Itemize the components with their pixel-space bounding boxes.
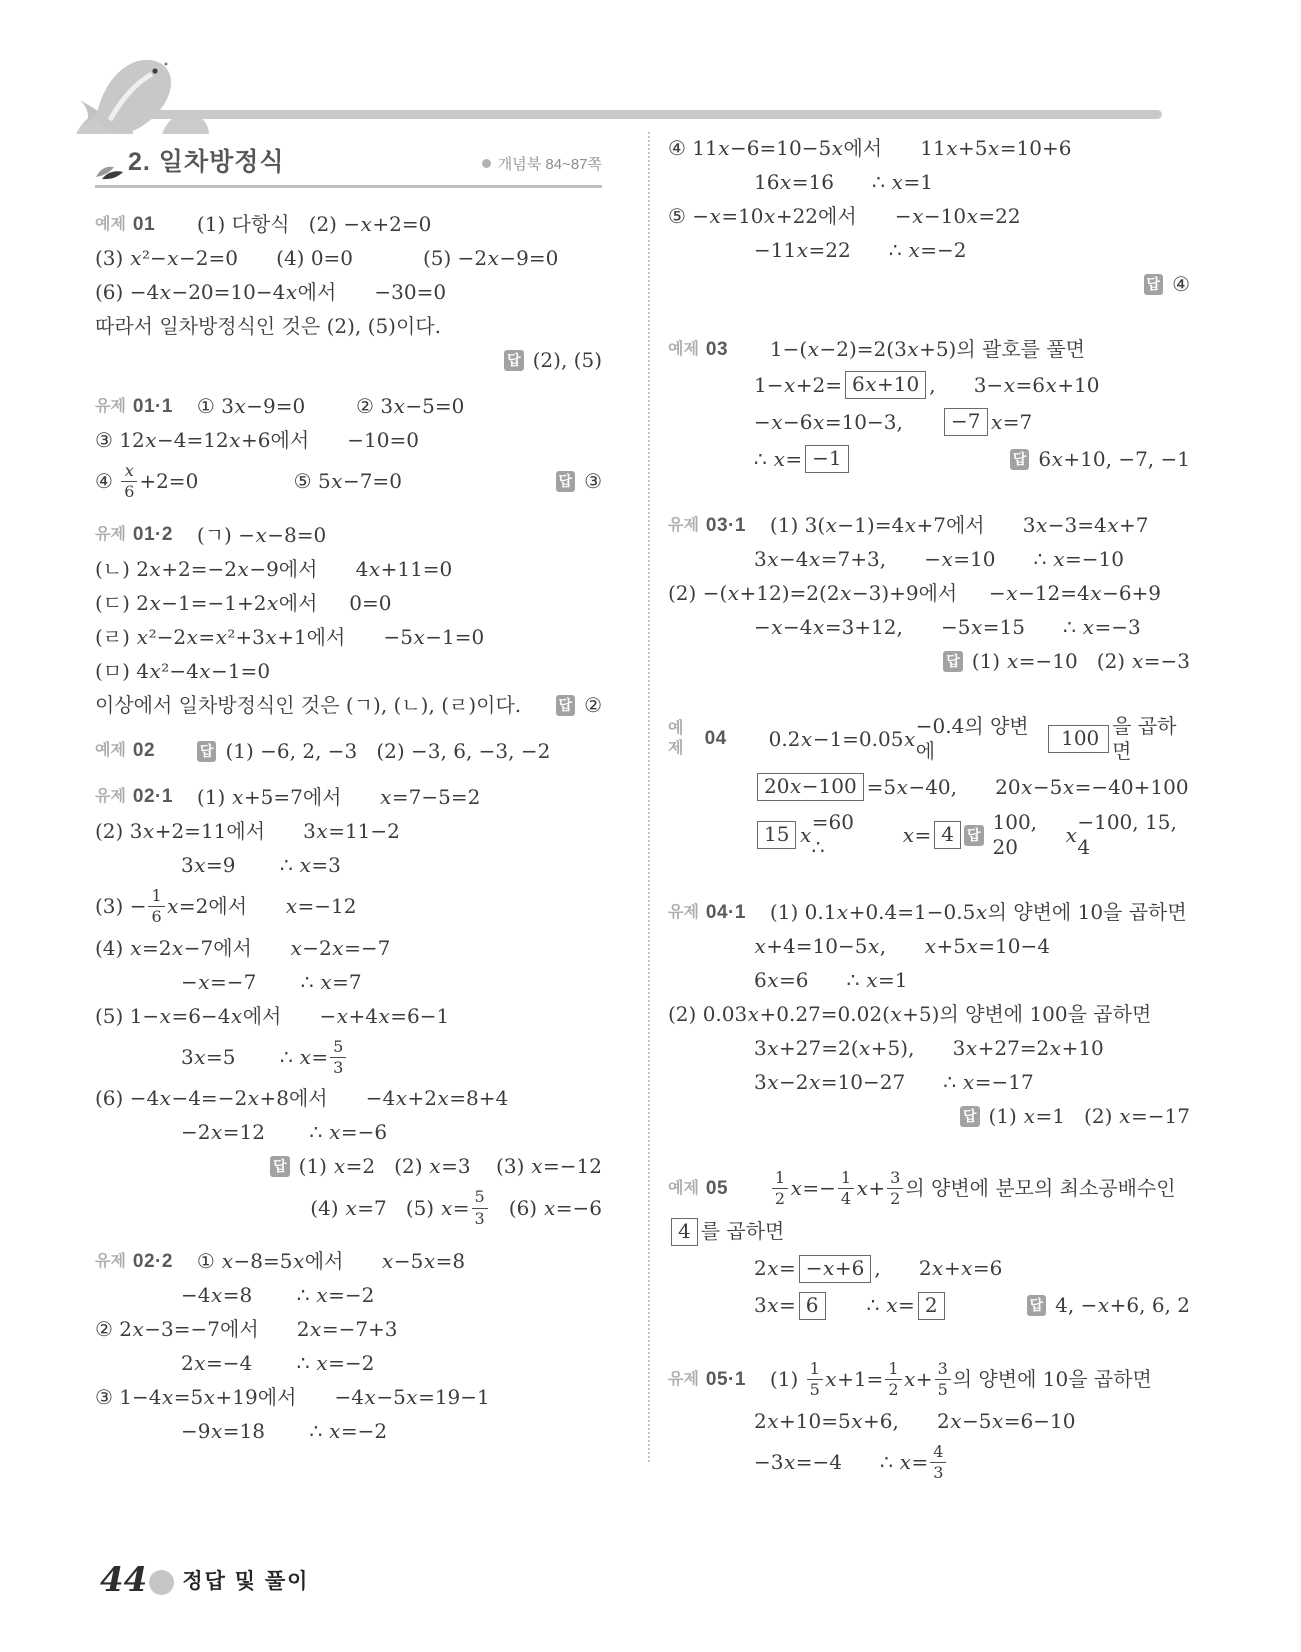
equation-text: 이상에서 일차방정식인 것은 (ㄱ), (ㄴ), (ㄹ)이다.: [95, 693, 521, 718]
solution-line: 2x=−4 ∴ x=−2: [95, 1351, 602, 1376]
equation-text: 6x=6 ∴ x=1: [754, 968, 908, 993]
solution-line: 3x=6 ∴ x=2답4, −x+6, 6, 2: [668, 1292, 1190, 1320]
equation-text: 2x+10=5x+6, 2x−5x=6−10: [754, 1409, 1075, 1434]
block-label: 예제: [668, 1179, 699, 1199]
answer-text: (4) x=7 (5) x=53 (6) x=−6: [310, 1188, 602, 1228]
solution-line: −x=−7 ∴ x=7: [95, 970, 602, 995]
answer-text: 답③: [556, 469, 602, 494]
equation-text: (2) 0.03x+0.27=0.02(x+5)의 양변에 100을 곱하면: [668, 1002, 1151, 1027]
boxed-value: −x+6: [799, 1255, 872, 1283]
answer-badge-icon: 답: [270, 1156, 290, 1177]
answer-text: 답④: [1144, 272, 1190, 297]
equation-text: 12x=−14x+32의 양변에 분모의 최소공배수인: [770, 1169, 1176, 1209]
fraction: 12: [772, 1169, 788, 1209]
fraction: 32: [887, 1169, 903, 1209]
solution-line: (3) −16x=2에서 x=−12: [95, 887, 602, 927]
solution-block: 유제02·2① x−8=5x에서 x−5x=8−4x=8 ∴ x=−2② 2x−…: [95, 1249, 602, 1444]
equation-text: (1) 0.1x+0.4=1−0.5x의 양변에 10을 곱하면: [770, 900, 1187, 925]
fraction: 53: [330, 1038, 346, 1078]
equation-text: (3) x²−x−2=0 (4) 0=0 (5) −2x−9=0: [95, 246, 558, 271]
solution-line: 유제05·1(1) 15x+1=12x+35의 양변에 10을 곱하면: [668, 1360, 1190, 1400]
fraction: x6: [121, 462, 137, 502]
fraction: 53: [472, 1188, 488, 1228]
answer-text: 답(2), (5): [504, 348, 602, 373]
equation-text: 16x=16 ∴ x=1: [754, 170, 933, 195]
equation-text: ③ 1−4x=5x+19에서 −4x−5x=19−1: [95, 1385, 490, 1410]
boxed-value: 15: [757, 821, 796, 849]
solution-line: 답(1) x=−10 (2) x=−3: [668, 649, 1190, 674]
solution-line: (3) x²−x−2=0 (4) 0=0 (5) −2x−9=0: [95, 246, 602, 271]
block-number: 01·2: [133, 523, 177, 547]
solution-line: ⑤ −x=10x+22에서 −x−10x=22: [668, 204, 1190, 229]
equation-text: ① 3x−9=0 ② 3x−5=0: [197, 394, 464, 419]
solution-line: 예제040.2x−1=0.05x−0.4의 양변에 100 을 곱하면: [668, 714, 1190, 764]
equation-text: 3x=5 ∴ x=53: [181, 1038, 348, 1078]
solution-line: 유제02·2① x−8=5x에서 x−5x=8: [95, 1249, 602, 1274]
block-label: 유제: [95, 397, 126, 417]
equation-text: 답(1) −6, 2, −3 (2) −3, 6, −3, −2: [197, 739, 550, 764]
solution-line: 2x+10=5x+6, 2x−5x=6−10: [668, 1409, 1190, 1434]
solution-line: 2x=−x+6, 2x+x=6: [668, 1255, 1190, 1283]
answer-badge-icon: 답: [943, 651, 963, 672]
fraction: 43: [930, 1443, 946, 1483]
equation-text: ⑤ −x=10x+22에서 −x−10x=22: [668, 204, 1021, 229]
answer-badge-icon: 답: [556, 695, 576, 716]
solution-line: −2x=12 ∴ x=−6: [95, 1120, 602, 1145]
block-label: 유제: [668, 516, 699, 536]
footer-flower-decoration: [149, 1570, 174, 1595]
equation-text: 3x+27=2(x+5), 3x+27=2x+10: [754, 1036, 1104, 1061]
equation-text: 3x−4x=7+3, −x=10 ∴ x=−10: [754, 547, 1124, 572]
fraction: 14: [838, 1169, 854, 1209]
solution-block: 유제02·1(1) x+5=7에서 x=7−5=2(2) 3x+2=11에서 3…: [95, 785, 602, 1228]
solution-line: x+4=10−5x, x+5x=10−4: [668, 934, 1190, 959]
solution-line: −11x=22 ∴ x=−2: [668, 238, 1190, 263]
solution-line: (ㄴ) 2x+2=−2x−9에서 4x+11=0: [95, 557, 602, 582]
solution-line: 1−x+2=6x+10, 3−x=6x+10: [668, 371, 1190, 399]
block-label: 유제: [95, 1252, 126, 1272]
equation-text: (ㄱ) −x−8=0: [197, 523, 326, 548]
answer-badge-icon: 답: [504, 350, 524, 371]
equation-text: −x−4x=3+12, −5x=15 ∴ x=−3: [754, 615, 1141, 640]
block-number: 04: [705, 727, 749, 751]
equation-text: 20x−100=5x−40, 20x−5x=−40+100: [754, 773, 1189, 801]
top-rule: [142, 110, 1162, 119]
boxed-value: 2: [918, 1292, 945, 1320]
boxed-value: −7: [944, 408, 987, 436]
equation-text: 따라서 일차방정식인 것은 (2), (5)이다.: [95, 314, 441, 339]
solution-line: 유제01·1① 3x−9=0 ② 3x−5=0: [95, 394, 602, 419]
right-column: ④ 11x−6=10−5x에서 11x+5x=10+616x=16 ∴ x=1⑤…: [668, 136, 1190, 1522]
solution-line: (6) −4x−20=10−4x에서 −30=0: [95, 280, 602, 305]
solution-line: 유제03·1(1) 3(x−1)=4x+7에서 3x−3=4x+7: [668, 513, 1190, 538]
left-column: 2. 일차방정식 개념북 84~87쪽 예제01(1) 다항식 (2) −x+2…: [95, 142, 602, 1465]
block-number: 05: [706, 1177, 750, 1201]
answer-badge-icon: 답: [960, 1106, 980, 1127]
answer-text: 답100, 20x−100, 15, 4: [964, 810, 1190, 860]
equation-text: (4) x=2x−7에서 x−2x=−7: [95, 936, 390, 961]
page: 2. 일차방정식 개념북 84~87쪽 예제01(1) 다항식 (2) −x+2…: [0, 0, 1301, 1652]
block-label: 유제: [668, 1370, 699, 1390]
solution-line: (2) 0.03x+0.27=0.02(x+5)의 양변에 100을 곱하면: [668, 1002, 1190, 1027]
equation-text: 4를 곱하면: [668, 1218, 784, 1246]
solution-line: 예제01(1) 다항식 (2) −x+2=0: [95, 212, 602, 237]
solution-line: 20x−100=5x−40, 20x−5x=−40+100: [668, 773, 1190, 801]
answer-badge-icon: 답: [197, 741, 217, 762]
solution-line: −x−6x=10−3, −7x=7: [668, 408, 1190, 436]
equation-text: 1−(x−2)=2(3x+5)의 괄호를 풀면: [770, 337, 1085, 362]
solution-line: 이상에서 일차방정식인 것은 (ㄱ), (ㄴ), (ㄹ)이다.답②: [95, 693, 602, 718]
column-divider: [648, 132, 650, 1462]
equation-text: (ㄷ) 2x−1=−1+2x에서 0=0: [95, 591, 391, 616]
solution-line: 3x+27=2(x+5), 3x+27=2x+10: [668, 1036, 1190, 1061]
equation-text: ④ x6+2=0 ⑤ 5x−7=0: [95, 462, 402, 502]
answer-badge-icon: 답: [556, 471, 576, 492]
answer-badge-icon: 답: [964, 825, 984, 846]
answer-badge-icon: 답: [1144, 274, 1164, 295]
block-label: 유제: [95, 787, 126, 807]
equation-text: (ㄹ) x²−2x=x²+3x+1에서 −5x−1=0: [95, 625, 484, 650]
equation-text: ∴ x=−1: [754, 445, 852, 473]
fraction: 12: [885, 1360, 901, 1400]
solution-line: 예제02답(1) −6, 2, −3 (2) −3, 6, −3, −2: [95, 739, 602, 764]
boxed-value: −1: [805, 445, 848, 473]
answer-badge-icon: 답: [1010, 449, 1030, 470]
answer-text: 답4, −x+6, 6, 2: [1027, 1293, 1190, 1318]
block-number: 01: [133, 213, 177, 237]
solution-block-continued: ④ 11x−6=10−5x에서 11x+5x=10+616x=16 ∴ x=1⑤…: [668, 136, 1190, 297]
leaf-icon: [95, 158, 125, 180]
answer-text: 답(1) x=2 (2) x=3 (3) x=−12: [270, 1154, 602, 1179]
block-number: 03·1: [706, 514, 750, 538]
solution-line: −x−4x=3+12, −5x=15 ∴ x=−3: [668, 615, 1190, 640]
boxed-value: 4: [671, 1218, 698, 1246]
solution-line: 예제031−(x−2)=2(3x+5)의 괄호를 풀면: [668, 337, 1190, 362]
equation-text: (2) 3x+2=11에서 3x=11−2: [95, 819, 400, 844]
block-number: 02·2: [133, 1250, 177, 1274]
equation-text: −11x=22 ∴ x=−2: [754, 238, 966, 263]
solution-line: 유제02·1(1) x+5=7에서 x=7−5=2: [95, 785, 602, 810]
boxed-value: 4: [934, 821, 961, 849]
left-column-blocks: 예제01(1) 다항식 (2) −x+2=0(3) x²−x−2=0 (4) 0…: [95, 212, 602, 1444]
section-title: 2. 일차방정식: [128, 142, 285, 178]
block-label: 예제: [95, 215, 126, 235]
solution-line: (ㅁ) 4x²−4x−1=0: [95, 659, 602, 684]
block-label: 예제: [95, 741, 126, 761]
answer-text: 답②: [556, 693, 602, 718]
solution-line: ③ 12x−4=12x+6에서 −10=0: [95, 428, 602, 453]
equation-text: −9x=18 ∴ x=−2: [181, 1419, 387, 1444]
solution-line: −9x=18 ∴ x=−2: [95, 1419, 602, 1444]
equation-text: ③ 12x−4=12x+6에서 −10=0: [95, 428, 419, 453]
solution-line: ∴ x=−1답6x+10, −7, −1: [668, 445, 1190, 473]
block-number: 02: [133, 739, 177, 763]
equation-text: (1) x+5=7에서 x=7−5=2: [197, 785, 480, 810]
fraction: 16: [148, 887, 164, 927]
block-label: 예제: [668, 340, 699, 360]
solution-line: (4) x=7 (5) x=53 (6) x=−6: [95, 1188, 602, 1228]
equation-text: (5) 1−x=6−4x에서 −x+4x=6−1: [95, 1004, 449, 1029]
page-footer: 44 정답 및 풀이: [100, 1560, 309, 1600]
solution-block: 예제040.2x−1=0.05x−0.4의 양변에 100 을 곱하면20x−1…: [668, 714, 1190, 860]
equation-text: 0.2x−1=0.05x−0.4의 양변에 100 을 곱하면: [769, 714, 1190, 764]
solution-block: 유제05·1(1) 15x+1=12x+35의 양변에 10을 곱하면2x+10…: [668, 1360, 1190, 1483]
equation-text: −3x=−4 ∴ x=43: [754, 1443, 948, 1483]
solution-line: (2) 3x+2=11에서 3x=11−2: [95, 819, 602, 844]
solution-line: ④ x6+2=0 ⑤ 5x−7=0답③: [95, 462, 602, 502]
solution-line: 답(2), (5): [95, 348, 602, 373]
equation-text: −x−6x=10−3, −7x=7: [754, 408, 1032, 436]
page-number: 44: [100, 1560, 147, 1600]
solution-block: 유제04·1(1) 0.1x+0.4=1−0.5x의 양변에 10을 곱하면x+…: [668, 900, 1190, 1129]
solution-line: 따라서 일차방정식인 것은 (2), (5)이다.: [95, 314, 602, 339]
solution-line: ④ 11x−6=10−5x에서 11x+5x=10+6: [668, 136, 1190, 161]
block-label: 유제: [668, 903, 699, 923]
solution-line: 답(1) x=2 (2) x=3 (3) x=−12: [95, 1154, 602, 1179]
boxed-value: 20x−100: [757, 773, 864, 801]
boxed-value: 6x+10: [845, 371, 926, 399]
equation-text: 3x=6 ∴ x=2: [754, 1292, 948, 1320]
solution-line: −3x=−4 ∴ x=43: [668, 1443, 1190, 1483]
section-header: 2. 일차방정식 개념북 84~87쪽: [95, 142, 602, 188]
block-number: 05·1: [706, 1368, 750, 1392]
fraction: 35: [935, 1360, 951, 1400]
solution-block: 유제01·2(ㄱ) −x−8=0(ㄴ) 2x+2=−2x−9에서 4x+11=0…: [95, 523, 602, 718]
solution-block: 예제031−(x−2)=2(3x+5)의 괄호를 풀면1−x+2=6x+10, …: [668, 337, 1190, 473]
answer-badge-icon: 답: [1027, 1295, 1047, 1316]
footer-label: 정답 및 풀이: [182, 1565, 309, 1595]
block-number: 04·1: [706, 901, 750, 925]
solution-block: 예제02답(1) −6, 2, −3 (2) −3, 6, −3, −2: [95, 739, 602, 764]
solution-line: (2) −(x+12)=2(2x−3)+9에서 −x−12=4x−6+9: [668, 581, 1190, 606]
solution-line: 유제01·2(ㄱ) −x−8=0: [95, 523, 602, 548]
section-ref: 개념북 84~87쪽: [482, 153, 602, 178]
solution-line: 3x−4x=7+3, −x=10 ∴ x=−10: [668, 547, 1190, 572]
solution-line: ② 2x−3=−7에서 2x=−7+3: [95, 1317, 602, 1342]
block-label: 유제: [95, 525, 126, 545]
solution-line: (ㄹ) x²−2x=x²+3x+1에서 −5x−1=0: [95, 625, 602, 650]
equation-text: 2x=−x+6, 2x+x=6: [754, 1255, 1002, 1283]
solution-line: 유제04·1(1) 0.1x+0.4=1−0.5x의 양변에 10을 곱하면: [668, 900, 1190, 925]
equation-text: (ㄴ) 2x+2=−2x−9에서 4x+11=0: [95, 557, 452, 582]
solution-line: (ㄷ) 2x−1=−1+2x에서 0=0: [95, 591, 602, 616]
block-number: 03: [706, 338, 750, 362]
equation-text: ④ 11x−6=10−5x에서 11x+5x=10+6: [668, 136, 1071, 161]
answer-text: 답6x+10, −7, −1: [1010, 447, 1190, 472]
solution-line: 3x=5 ∴ x=53: [95, 1038, 602, 1078]
solution-block: 유제03·1(1) 3(x−1)=4x+7에서 3x−3=4x+73x−4x=7…: [668, 513, 1190, 674]
right-column-blocks: ④ 11x−6=10−5x에서 11x+5x=10+616x=16 ∴ x=1⑤…: [668, 136, 1190, 1482]
equation-text: 3x=9 ∴ x=3: [181, 853, 341, 878]
solution-line: 6x=6 ∴ x=1: [668, 968, 1190, 993]
solution-line: 4를 곱하면: [668, 1218, 1190, 1246]
section-ref-label: 개념북 84~87쪽: [498, 153, 602, 174]
bullet-icon: [482, 159, 491, 168]
solution-line: 16x=16 ∴ x=1: [668, 170, 1190, 195]
solution-line: (6) −4x−4=−2x+8에서 −4x+2x=8+4: [95, 1086, 602, 1111]
block-number: 01·1: [133, 395, 177, 419]
equation-text: −4x=8 ∴ x=−2: [181, 1283, 374, 1308]
equation-text: (1) 15x+1=12x+35의 양변에 10을 곱하면: [770, 1360, 1152, 1400]
solution-line: 3x−2x=10−27 ∴ x=−17: [668, 1070, 1190, 1095]
solution-line: −4x=8 ∴ x=−2: [95, 1283, 602, 1308]
boxed-value: 100: [1048, 725, 1109, 753]
answer-text: 답(1) x=1 (2) x=−17: [960, 1104, 1190, 1129]
solution-line: (5) 1−x=6−4x에서 −x+4x=6−1: [95, 1004, 602, 1029]
equation-text: ① x−8=5x에서 x−5x=8: [197, 1249, 465, 1274]
solution-line: (4) x=2x−7에서 x−2x=−7: [95, 936, 602, 961]
solution-line: 15x=60 ∴ x=4답100, 20x−100, 15, 4: [668, 810, 1190, 860]
equation-text: (3) −16x=2에서 x=−12: [95, 887, 356, 927]
block-number: 02·1: [133, 785, 177, 809]
equation-text: 15x=60 ∴ x=4: [754, 810, 964, 860]
equation-text: −x=−7 ∴ x=7: [181, 970, 362, 995]
equation-text: −2x=12 ∴ x=−6: [181, 1120, 387, 1145]
equation-text: (6) −4x−20=10−4x에서 −30=0: [95, 280, 446, 305]
equation-text: (2) −(x+12)=2(2x−3)+9에서 −x−12=4x−6+9: [668, 581, 1161, 606]
mascot-illustration: [70, 50, 235, 135]
answer-text: 답(1) x=−10 (2) x=−3: [943, 649, 1190, 674]
equation-text: 3x−2x=10−27 ∴ x=−17: [754, 1070, 1034, 1095]
solution-line: 예제0512x=−14x+32의 양변에 분모의 최소공배수인: [668, 1169, 1190, 1209]
solution-line: 답(1) x=1 (2) x=−17: [668, 1104, 1190, 1129]
solution-block: 유제01·1① 3x−9=0 ② 3x−5=0③ 12x−4=12x+6에서 −…: [95, 394, 602, 502]
solution-line: 3x=9 ∴ x=3: [95, 853, 602, 878]
solution-line: ③ 1−4x=5x+19에서 −4x−5x=19−1: [95, 1385, 602, 1410]
fraction: 15: [807, 1360, 823, 1400]
equation-text: (1) 3(x−1)=4x+7에서 3x−3=4x+7: [770, 513, 1149, 538]
equation-text: ② 2x−3=−7에서 2x=−7+3: [95, 1317, 398, 1342]
equation-text: 2x=−4 ∴ x=−2: [181, 1351, 374, 1376]
block-label: 예제: [668, 719, 698, 759]
equation-text: (6) −4x−4=−2x+8에서 −4x+2x=8+4: [95, 1086, 508, 1111]
equation-text: (ㅁ) 4x²−4x−1=0: [95, 659, 270, 684]
equation-text: (1) 다항식 (2) −x+2=0: [197, 212, 431, 237]
solution-block: 예제0512x=−14x+32의 양변에 분모의 최소공배수인4를 곱하면2x=…: [668, 1169, 1190, 1320]
equation-text: 1−x+2=6x+10, 3−x=6x+10: [754, 371, 1100, 399]
solution-line: 답④: [668, 272, 1190, 297]
equation-text: x+4=10−5x, x+5x=10−4: [754, 934, 1050, 959]
solution-block: 예제01(1) 다항식 (2) −x+2=0(3) x²−x−2=0 (4) 0…: [95, 212, 602, 373]
boxed-value: 6: [799, 1292, 826, 1320]
